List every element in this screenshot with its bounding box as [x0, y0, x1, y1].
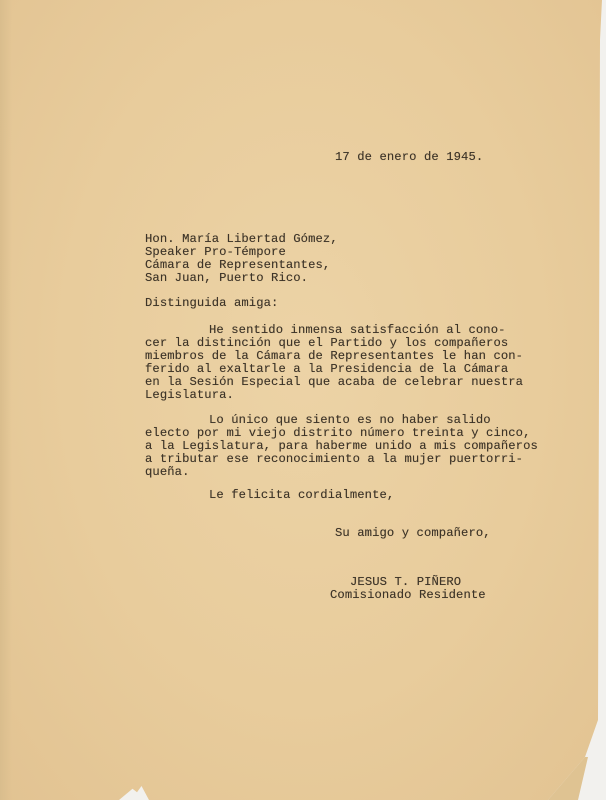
- closing-line: Le felicita cordialmente,: [209, 489, 394, 502]
- valediction: Su amigo y compañero,: [335, 527, 491, 540]
- letter-paper: [0, 0, 606, 800]
- paragraph1-line: Legislatura.: [145, 389, 234, 402]
- recipient-city: San Juan, Puerto Rico.: [145, 272, 308, 285]
- paragraph2-line: queña.: [145, 466, 189, 479]
- signature-title: Comisionado Residente: [330, 589, 486, 602]
- salutation: Distinguida amiga:: [145, 297, 278, 310]
- letter-date: 17 de enero de 1945.: [335, 151, 483, 164]
- paragraph2-line: a tributar ese reconocimiento a la mujer…: [145, 453, 523, 466]
